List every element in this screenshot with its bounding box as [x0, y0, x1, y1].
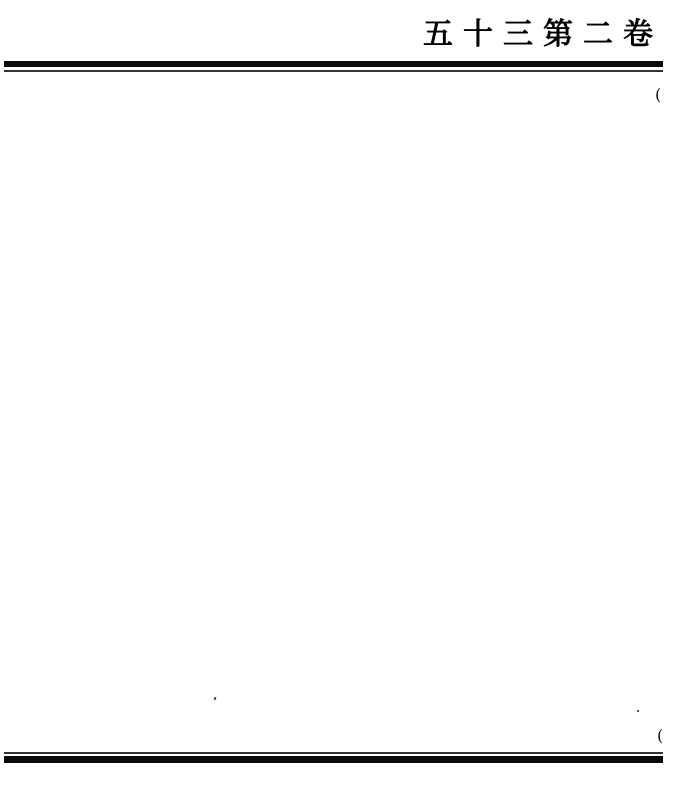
scan-speck — [214, 697, 217, 701]
bottom-rule-thick — [4, 756, 663, 763]
top-rule-thin — [4, 70, 663, 72]
scan-speck — [637, 710, 640, 713]
margin-mark-bottom: ( — [657, 728, 663, 744]
page-header-title: 五十三第二卷 — [423, 17, 663, 53]
top-rule-thick — [4, 61, 663, 67]
margin-mark-top: ( — [655, 87, 661, 103]
bottom-rule-thin — [4, 752, 663, 754]
